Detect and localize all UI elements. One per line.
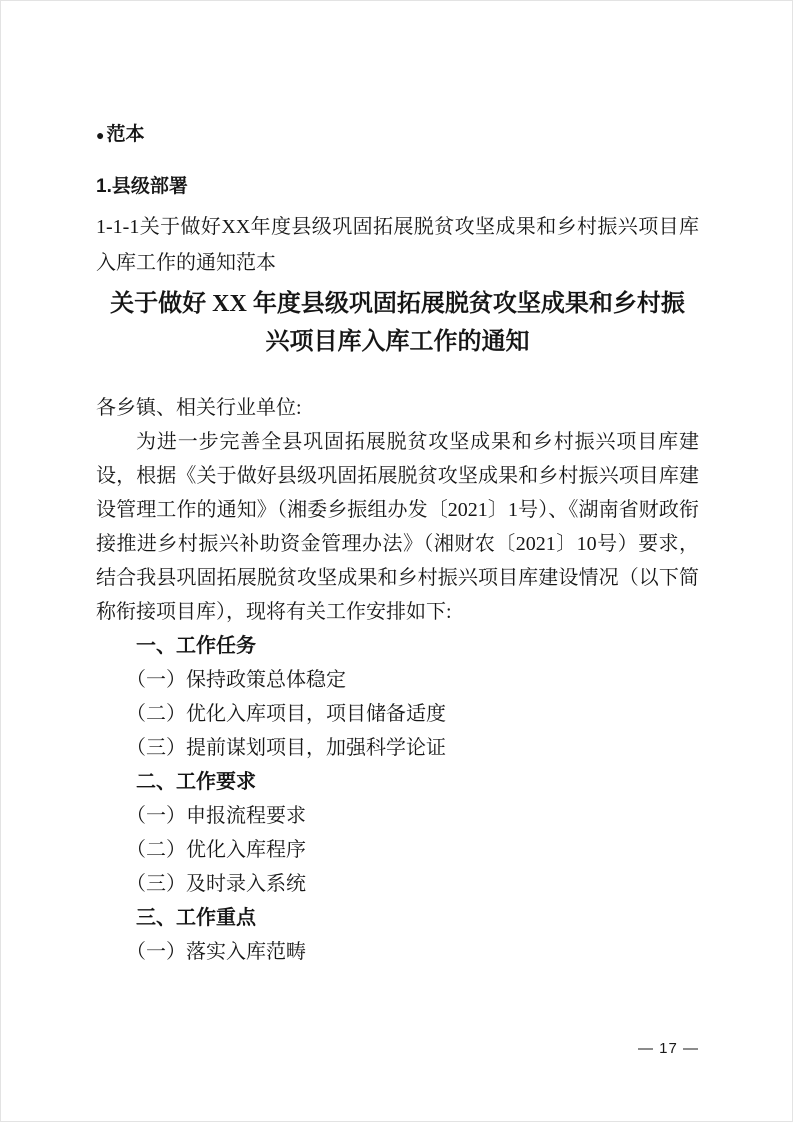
section-heading-3: 三、工作重点: [96, 901, 699, 935]
section-heading-2: 二、工作要求: [96, 765, 699, 799]
subsection-title: 1-1-1关于做好XX年度县级巩固拓展脱贫攻坚成果和乡村振兴项目库入库工作的通知…: [96, 209, 699, 281]
body-paragraph: 为进一步完善全县巩固拓展脱贫攻坚成果和乡村振兴项目库建设，根据《关于做好县级巩固…: [96, 425, 699, 629]
section-item: （三）提前谋划项目，加强科学论证: [96, 731, 699, 765]
template-marker-label: 范本: [106, 121, 144, 149]
sections-list: 一、工作任务 （一）保持政策总体稳定 （二）优化入库项目，项目储备适度 （三）提…: [96, 629, 699, 969]
document-content: ● 范本 1.县级部署 1-1-1关于做好XX年度县级巩固拓展脱贫攻坚成果和乡村…: [1, 1, 792, 969]
document-title-line2: 兴项目库入库工作的通知: [96, 323, 699, 361]
section-item: （二）优化入库程序: [96, 833, 699, 867]
document-title: 关于做好 XX 年度县级巩固拓展脱贫攻坚成果和乡村振 兴项目库入库工作的通知: [96, 285, 699, 361]
section-item: （一）保持政策总体稳定: [96, 663, 699, 697]
section-item: （三）及时录入系统: [96, 867, 699, 901]
section-item: （一）落实入库范畴: [96, 935, 699, 969]
document-page: ● 范本 1.县级部署 1-1-1关于做好XX年度县级巩固拓展脱贫攻坚成果和乡村…: [0, 0, 793, 1122]
page-number: — 17 —: [638, 1039, 699, 1059]
salutation: 各乡镇、相关行业单位:: [96, 391, 699, 425]
bullet-icon: ●: [96, 121, 104, 149]
document-title-line1: 关于做好 XX 年度县级巩固拓展脱贫攻坚成果和乡村振: [96, 285, 699, 323]
section-heading-1: 一、工作任务: [96, 629, 699, 663]
section-item: （二）优化入库项目，项目储备适度: [96, 697, 699, 731]
template-marker: ● 范本: [96, 121, 699, 149]
section-number: 1.县级部署: [96, 173, 699, 201]
section-item: （一）申报流程要求: [96, 799, 699, 833]
